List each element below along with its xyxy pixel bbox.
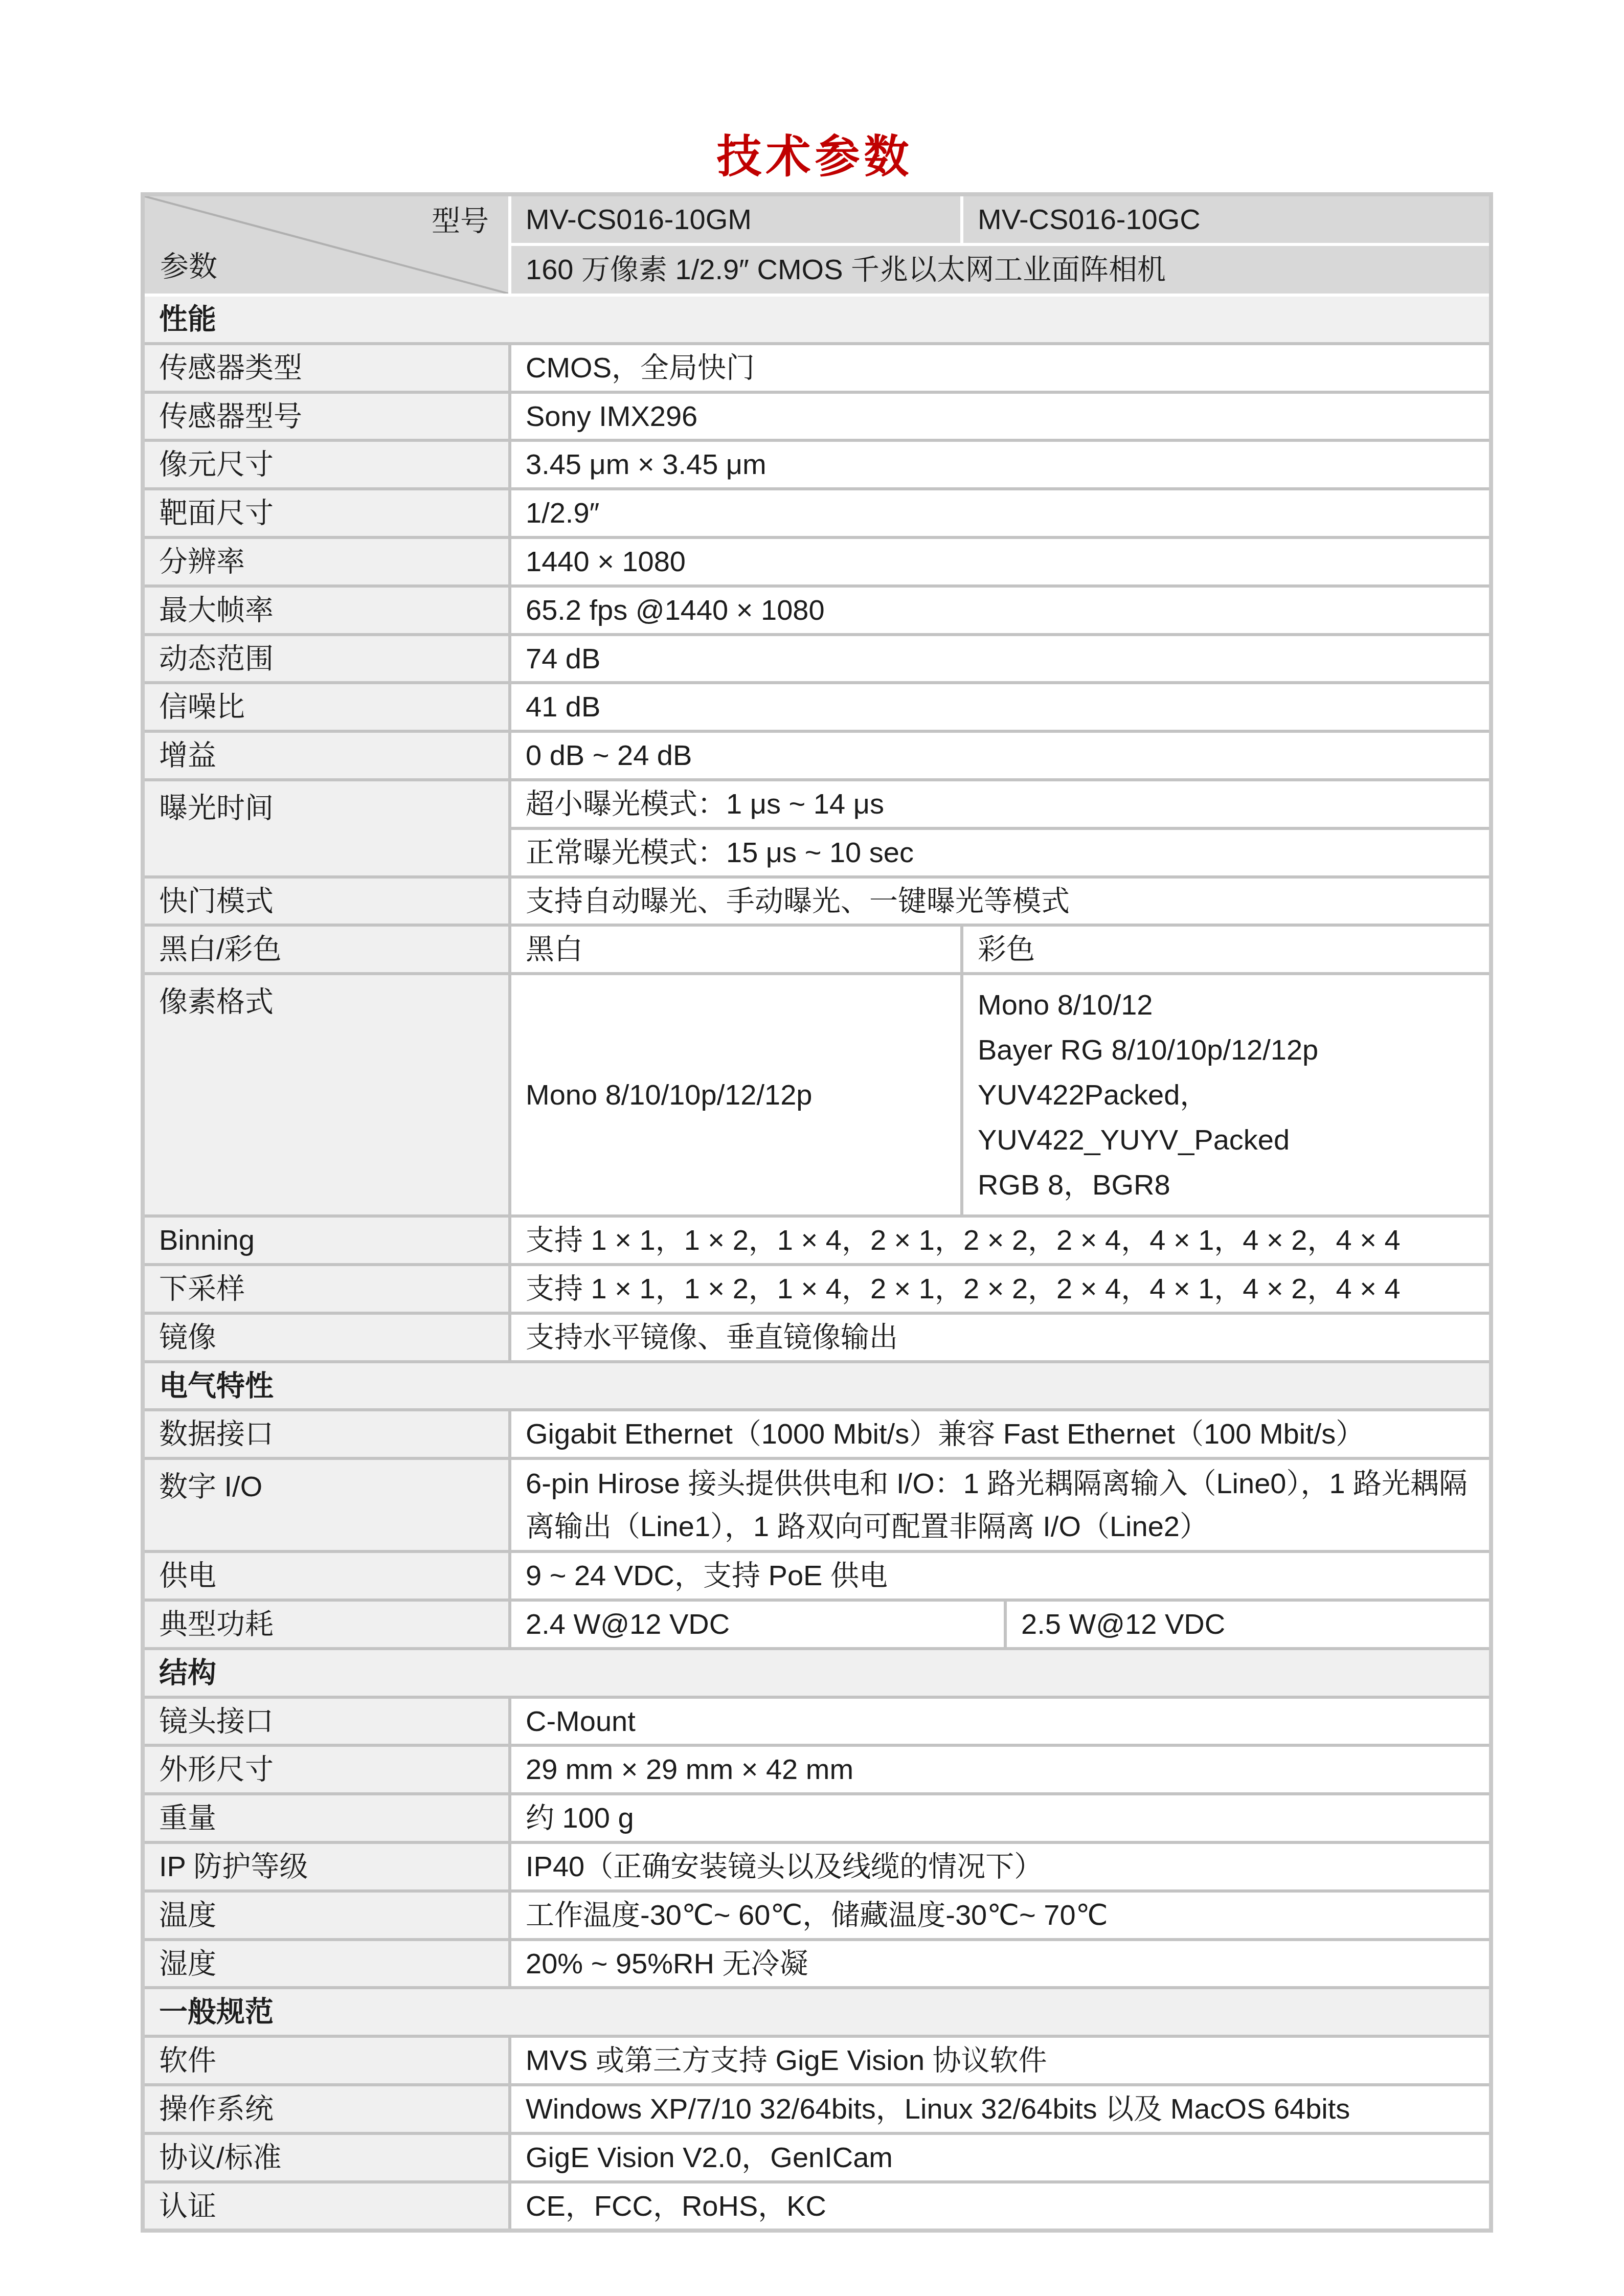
row-label: IP 防护等级 xyxy=(143,1842,510,1891)
row-label: 典型功耗 xyxy=(143,1600,510,1649)
pixel-format-color-line: RGB 8，BGR8 xyxy=(978,1162,1475,1207)
row-value: 约 100 g xyxy=(510,1794,1491,1842)
row-data-interface: 数据接口 Gigabit Ethernet（1000 Mbit/s）兼容 Fas… xyxy=(143,1410,1491,1458)
model-gc-cell: MV-CS016-10GC xyxy=(962,194,1491,244)
exposure-ultra-short-value: 超小曝光模式：1 μs ~ 14 μs xyxy=(510,780,1491,828)
row-label: 认证 xyxy=(143,2182,510,2231)
row-power-consumption: 典型功耗 2.4 W@12 VDC 2.5 W@12 VDC xyxy=(143,1600,1491,1649)
row-ip-rating: IP 防护等级 IP40（正确安装镜头以及线缆的情况下） xyxy=(143,1842,1491,1891)
row-power-supply: 供电 9 ~ 24 VDC，支持 PoE 供电 xyxy=(143,1551,1491,1600)
color-cell: 彩色 xyxy=(962,925,1491,974)
row-value: 支持 1 × 1，1 × 2，1 × 4，2 × 1，2 × 2，2 × 4，4… xyxy=(510,1265,1491,1313)
row-label: 供电 xyxy=(143,1551,510,1600)
row-lens-mount: 镜头接口 C-Mount xyxy=(143,1697,1491,1746)
row-label: 靶面尺寸 xyxy=(143,489,510,537)
row-resolution: 分辨率 1440 × 1080 xyxy=(143,537,1491,586)
row-value: 41 dB xyxy=(510,683,1491,731)
section-structure: 结构 xyxy=(143,1649,1491,1697)
row-label: 下采样 xyxy=(143,1265,510,1313)
row-digital-io: 数字 I/O 6-pin Hirose 接头提供供电和 I/O：1 路光耦隔离输… xyxy=(143,1458,1491,1551)
row-value: 9 ~ 24 VDC，支持 PoE 供电 xyxy=(510,1551,1491,1600)
row-label: 信噪比 xyxy=(143,683,510,731)
row-value: C-Mount xyxy=(510,1697,1491,1746)
row-value: 工作温度-30℃~ 60℃，储藏温度-30℃~ 70℃ xyxy=(510,1891,1491,1940)
row-sensor-type: 传感器类型 CMOS，全局快门 xyxy=(143,344,1491,392)
section-title: 一般规范 xyxy=(143,1988,1491,2036)
power-gc-cell: 2.5 W@12 VDC xyxy=(1005,1600,1491,1649)
row-value: MVS 或第三方支持 GigE Vision 协议软件 xyxy=(510,2036,1491,2085)
row-value: GigE Vision V2.0，GenICam xyxy=(510,2133,1491,2182)
row-certification: 认证 CE，FCC，RoHS，KC xyxy=(143,2182,1491,2231)
section-general: 一般规范 xyxy=(143,1988,1491,2036)
row-label: 温度 xyxy=(143,1891,510,1940)
row-label: 动态范围 xyxy=(143,635,510,683)
row-label: 分辨率 xyxy=(143,537,510,586)
pixel-format-color-line: Mono 8/10/12 xyxy=(978,982,1475,1027)
row-value: 29 mm × 29 mm × 42 mm xyxy=(510,1745,1491,1794)
row-pixel-format: 像素格式 Mono 8/10/10p/12/12p Mono 8/10/12 B… xyxy=(143,974,1491,1216)
row-label: 数字 I/O xyxy=(143,1458,510,1551)
spec-table: 型号 参数 MV-CS016-10GM MV-CS016-10GC 160 万像… xyxy=(141,192,1493,2233)
row-protocol: 协议/标准 GigE Vision V2.0，GenICam xyxy=(143,2133,1491,2182)
row-mirror: 镜像 支持水平镜像、垂直镜像输出 xyxy=(143,1313,1491,1362)
pixel-format-color-cell: Mono 8/10/12 Bayer RG 8/10/10p/12/12p YU… xyxy=(962,974,1491,1216)
row-value: 20% ~ 95%RH 无冷凝 xyxy=(510,1940,1491,1988)
row-label: 曝光时间 xyxy=(143,780,510,877)
row-label: 数据接口 xyxy=(143,1410,510,1458)
row-value: 1/2.9″ xyxy=(510,489,1491,537)
pixel-format-color-line: Bayer RG 8/10/10p/12/12p xyxy=(978,1027,1475,1072)
row-value: 1440 × 1080 xyxy=(510,537,1491,586)
section-electrical: 电气特性 xyxy=(143,1362,1491,1410)
row-shutter-mode: 快门模式 支持自动曝光、手动曝光、一键曝光等模式 xyxy=(143,877,1491,926)
row-label: 湿度 xyxy=(143,1940,510,1988)
row-dimensions: 外形尺寸 29 mm × 29 mm × 42 mm xyxy=(143,1745,1491,1794)
section-performance: 性能 xyxy=(143,295,1491,344)
row-label: 镜头接口 xyxy=(143,1697,510,1746)
row-os: 操作系统 Windows XP/7/10 32/64bits，Linux 32/… xyxy=(143,2085,1491,2133)
row-sensor-format: 靶面尺寸 1/2.9″ xyxy=(143,489,1491,537)
pixel-format-color-line: YUV422Packed，YUV422_YUYV_Packed xyxy=(978,1072,1475,1162)
row-gain: 增益 0 dB ~ 24 dB xyxy=(143,731,1491,780)
row-exposure-time: 曝光时间 超小曝光模式：1 μs ~ 14 μs xyxy=(143,780,1491,828)
row-value: IP40（正确安装镜头以及线缆的情况下） xyxy=(510,1842,1491,1891)
row-value: CE，FCC，RoHS，KC xyxy=(510,2182,1491,2231)
row-pixel-size: 像元尺寸 3.45 μm × 3.45 μm xyxy=(143,440,1491,489)
row-weight: 重量 约 100 g xyxy=(143,1794,1491,1842)
row-label: 重量 xyxy=(143,1794,510,1842)
section-title: 电气特性 xyxy=(143,1362,1491,1410)
row-dynamic-range: 动态范围 74 dB xyxy=(143,635,1491,683)
power-gm-cell: 2.4 W@12 VDC xyxy=(510,1600,1005,1649)
row-label: 操作系统 xyxy=(143,2085,510,2133)
row-label: 像素格式 xyxy=(143,974,510,1216)
row-value: 支持 1 × 1，1 × 2，1 × 4，2 × 1，2 × 2，2 × 4，4… xyxy=(510,1216,1491,1265)
row-value: 3.45 μm × 3.45 μm xyxy=(510,440,1491,489)
row-value: Gigabit Ethernet（1000 Mbit/s）兼容 Fast Eth… xyxy=(510,1410,1491,1458)
camera-description-cell: 160 万像素 1/2.9″ CMOS 千兆以太网工业面阵相机 xyxy=(510,244,1491,295)
spec-sheet-page: 技术参数 型号 参数 MV-CS016-10GM MV-CS016-10GC 1… xyxy=(0,0,1624,2296)
row-label: 软件 xyxy=(143,2036,510,2085)
row-label: 快门模式 xyxy=(143,877,510,926)
exposure-normal-value: 正常曝光模式：15 μs ~ 10 sec xyxy=(510,828,1491,877)
page-title: 技术参数 xyxy=(141,121,1489,185)
row-software: 软件 MVS 或第三方支持 GigE Vision 协议软件 xyxy=(143,2036,1491,2085)
row-value: Windows XP/7/10 32/64bits，Linux 32/64bit… xyxy=(510,2085,1491,2133)
row-value: Sony IMX296 xyxy=(510,392,1491,441)
row-label: 增益 xyxy=(143,731,510,780)
row-sensor-model: 传感器型号 Sony IMX296 xyxy=(143,392,1491,441)
row-value: 支持水平镜像、垂直镜像输出 xyxy=(510,1313,1491,1362)
row-label: 传感器型号 xyxy=(143,392,510,441)
row-label: 像元尺寸 xyxy=(143,440,510,489)
corner-cell: 型号 参数 xyxy=(143,194,510,295)
row-label: Binning xyxy=(143,1216,510,1265)
header-row-models: 型号 参数 MV-CS016-10GM MV-CS016-10GC xyxy=(143,194,1491,244)
row-value: 支持自动曝光、手动曝光、一键曝光等模式 xyxy=(510,877,1491,926)
row-binning: Binning 支持 1 × 1，1 × 2，1 × 4，2 × 1，2 × 2… xyxy=(143,1216,1491,1265)
diagonal-line-icon xyxy=(145,196,508,294)
row-value: 0 dB ~ 24 dB xyxy=(510,731,1491,780)
mono-cell: 黑白 xyxy=(510,925,962,974)
section-title: 结构 xyxy=(143,1649,1491,1697)
row-temperature: 温度 工作温度-30℃~ 60℃，储藏温度-30℃~ 70℃ xyxy=(143,1891,1491,1940)
row-snr: 信噪比 41 dB xyxy=(143,683,1491,731)
model-gm-cell: MV-CS016-10GM xyxy=(510,194,962,244)
row-value: CMOS，全局快门 xyxy=(510,344,1491,392)
row-max-frame-rate: 最大帧率 65.2 fps @1440 × 1080 xyxy=(143,586,1491,635)
row-value: 74 dB xyxy=(510,635,1491,683)
row-value: 6-pin Hirose 接头提供供电和 I/O：1 路光耦隔离输入（Line0… xyxy=(510,1458,1491,1551)
row-mono-color: 黑白/彩色 黑白 彩色 xyxy=(143,925,1491,974)
row-label: 外形尺寸 xyxy=(143,1745,510,1794)
row-value: 65.2 fps @1440 × 1080 xyxy=(510,586,1491,635)
section-title: 性能 xyxy=(143,295,1491,344)
row-label: 传感器类型 xyxy=(143,344,510,392)
row-label: 镜像 xyxy=(143,1313,510,1362)
pixel-format-mono-cell: Mono 8/10/10p/12/12p xyxy=(510,974,962,1216)
row-label: 黑白/彩色 xyxy=(143,925,510,974)
row-decimation: 下采样 支持 1 × 1，1 × 2，1 × 4，2 × 1，2 × 2，2 ×… xyxy=(143,1265,1491,1313)
row-label: 最大帧率 xyxy=(143,586,510,635)
row-humidity: 湿度 20% ~ 95%RH 无冷凝 xyxy=(143,1940,1491,1988)
row-label: 协议/标准 xyxy=(143,2133,510,2182)
